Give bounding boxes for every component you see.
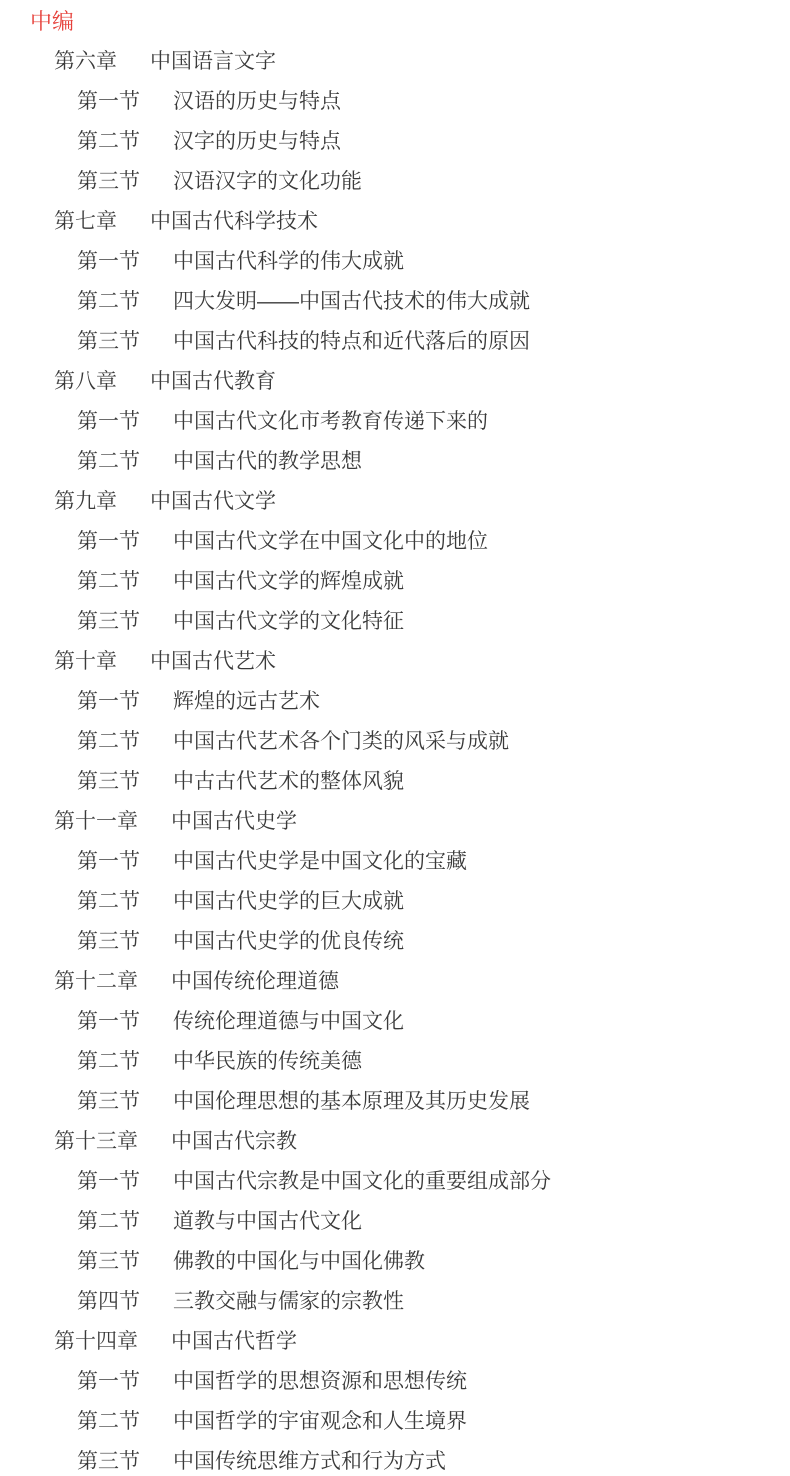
chapter-number: 第十四章 [54,1325,138,1355]
chapter-number: 第九章 [54,485,117,515]
section-row: 第二节 中国哲学的宇宙观念和人生境界 [0,1400,790,1440]
chapter-title: 中国传统伦理道德 [171,965,339,995]
section-number: 第一节 [77,1365,140,1395]
chapter-title: 中国古代教育 [150,365,276,395]
section-row: 第二节 汉字的历史与特点 [0,120,790,160]
volume-heading-label: 中编 [30,5,74,36]
chapter-title: 中国古代宗教 [171,1125,297,1155]
chapter-row: 第十三章 中国古代宗教 [0,1120,790,1160]
section-number: 第四节 [77,1285,140,1315]
section-title: 三教交融与儒家的宗教性 [173,1285,404,1315]
section-title: 中国传统思维方式和行为方式 [173,1445,446,1475]
section-number: 第一节 [77,525,140,555]
section-title: 中国古代文学的文化特征 [173,605,404,635]
chapter-title: 中国古代科学技术 [150,205,318,235]
table-of-contents: 中编 第六章 中国语言文字 第一节 汉语的历史与特点 第二节 汉字的历史与特点 … [0,0,790,1476]
section-row: 第二节 中国古代艺术各个门类的风采与成就 [0,720,790,760]
section-number: 第二节 [77,565,140,595]
section-number: 第三节 [77,1245,140,1275]
section-number: 第三节 [77,165,140,195]
section-number: 第三节 [77,605,140,635]
chapter-number: 第十一章 [54,805,138,835]
chapter-row: 第十一章 中国古代史学 [0,800,790,840]
section-number: 第一节 [77,1165,140,1195]
section-row: 第三节 汉语汉字的文化功能 [0,160,790,200]
section-row: 第三节 佛教的中国化与中国化佛教 [0,1240,790,1280]
section-title: 中国古代史学是中国文化的宝藏 [173,845,467,875]
section-row: 第四节 三教交融与儒家的宗教性 [0,1280,790,1320]
chapter-title: 中国古代文学 [150,485,276,515]
chapter-row: 第八章 中国古代教育 [0,360,790,400]
chapter-number: 第七章 [54,205,117,235]
section-number: 第二节 [77,885,140,915]
section-title: 辉煌的远古艺术 [173,685,320,715]
section-title: 汉语汉字的文化功能 [173,165,362,195]
section-title: 中国古代史学的巨大成就 [173,885,404,915]
chapter-row: 第十二章 中国传统伦理道德 [0,960,790,1000]
section-row: 第三节 中古古代艺术的整体风貌 [0,760,790,800]
section-number: 第二节 [77,445,140,475]
chapter-title: 中国古代史学 [171,805,297,835]
chapter-title: 中国古代艺术 [150,645,276,675]
section-number: 第二节 [77,125,140,155]
section-number: 第一节 [77,1005,140,1035]
section-number: 第二节 [77,1045,140,1075]
section-number: 第三节 [77,765,140,795]
section-number: 第三节 [77,325,140,355]
section-row: 第二节 中国古代的教学思想 [0,440,790,480]
section-title: 中国古代的教学思想 [173,445,362,475]
section-row: 第一节 中国哲学的思想资源和思想传统 [0,1360,790,1400]
section-title: 中国古代科学的伟大成就 [173,245,404,275]
chapter-number: 第八章 [54,365,117,395]
section-row: 第一节 辉煌的远古艺术 [0,680,790,720]
section-row: 第二节 道教与中国古代文化 [0,1200,790,1240]
section-title: 道教与中国古代文化 [173,1205,362,1235]
section-number: 第一节 [77,85,140,115]
chapter-row: 第十章 中国古代艺术 [0,640,790,680]
section-title: 中华民族的传统美德 [173,1045,362,1075]
section-title: 中国古代史学的优良传统 [173,925,404,955]
section-row: 第三节 中国伦理思想的基本原理及其历史发展 [0,1080,790,1120]
section-row: 第三节 中国古代科技的特点和近代落后的原因 [0,320,790,360]
chapter-title: 中国古代哲学 [171,1325,297,1355]
section-title: 四大发明——中国古代技术的伟大成就 [173,285,530,315]
section-row: 第一节 中国古代文化市考教育传递下来的 [0,400,790,440]
section-title: 中国古代文学的辉煌成就 [173,565,404,595]
section-number: 第一节 [77,245,140,275]
section-number: 第二节 [77,1205,140,1235]
volume-heading: 中编 [0,0,790,40]
section-row: 第二节 中国古代史学的巨大成就 [0,880,790,920]
chapter-number: 第六章 [54,45,117,75]
section-title: 佛教的中国化与中国化佛教 [173,1245,425,1275]
chapter-number: 第十二章 [54,965,138,995]
chapter-row: 第七章 中国古代科学技术 [0,200,790,240]
chapter-row: 第九章 中国古代文学 [0,480,790,520]
section-title: 传统伦理道德与中国文化 [173,1005,404,1035]
section-title: 中国古代文化市考教育传递下来的 [173,405,488,435]
section-row: 第三节 中国传统思维方式和行为方式 [0,1440,790,1476]
section-title: 中国古代文学在中国文化中的地位 [173,525,488,555]
section-number: 第二节 [77,725,140,755]
section-number: 第三节 [77,1445,140,1475]
section-number: 第一节 [77,685,140,715]
section-title: 汉语的历史与特点 [173,85,341,115]
chapter-row: 第十四章 中国古代哲学 [0,1320,790,1360]
section-row: 第一节 中国古代宗教是中国文化的重要组成部分 [0,1160,790,1200]
section-title: 中国哲学的宇宙观念和人生境界 [173,1405,467,1435]
section-title: 中国古代宗教是中国文化的重要组成部分 [173,1165,551,1195]
section-number: 第一节 [77,845,140,875]
chapter-number: 第十三章 [54,1125,138,1155]
chapter-number: 第十章 [54,645,117,675]
section-row: 第一节 传统伦理道德与中国文化 [0,1000,790,1040]
chapter-title: 中国语言文字 [150,45,276,75]
section-title: 中古古代艺术的整体风貌 [173,765,404,795]
section-row: 第一节 中国古代史学是中国文化的宝藏 [0,840,790,880]
section-row: 第一节 中国古代文学在中国文化中的地位 [0,520,790,560]
section-row: 第三节 中国古代文学的文化特征 [0,600,790,640]
section-number: 第二节 [77,1405,140,1435]
section-number: 第三节 [77,1085,140,1115]
section-title: 汉字的历史与特点 [173,125,341,155]
section-row: 第二节 中国古代文学的辉煌成就 [0,560,790,600]
section-row: 第三节 中国古代史学的优良传统 [0,920,790,960]
section-title: 中国古代科技的特点和近代落后的原因 [173,325,530,355]
section-title: 中国哲学的思想资源和思想传统 [173,1365,467,1395]
section-row: 第二节 中华民族的传统美德 [0,1040,790,1080]
section-row: 第一节 汉语的历史与特点 [0,80,790,120]
chapter-row: 第六章 中国语言文字 [0,40,790,80]
section-number: 第二节 [77,285,140,315]
section-number: 第一节 [77,405,140,435]
section-title: 中国古代艺术各个门类的风采与成就 [173,725,509,755]
section-number: 第三节 [77,925,140,955]
section-title: 中国伦理思想的基本原理及其历史发展 [173,1085,530,1115]
section-row: 第二节 四大发明——中国古代技术的伟大成就 [0,280,790,320]
section-row: 第一节 中国古代科学的伟大成就 [0,240,790,280]
